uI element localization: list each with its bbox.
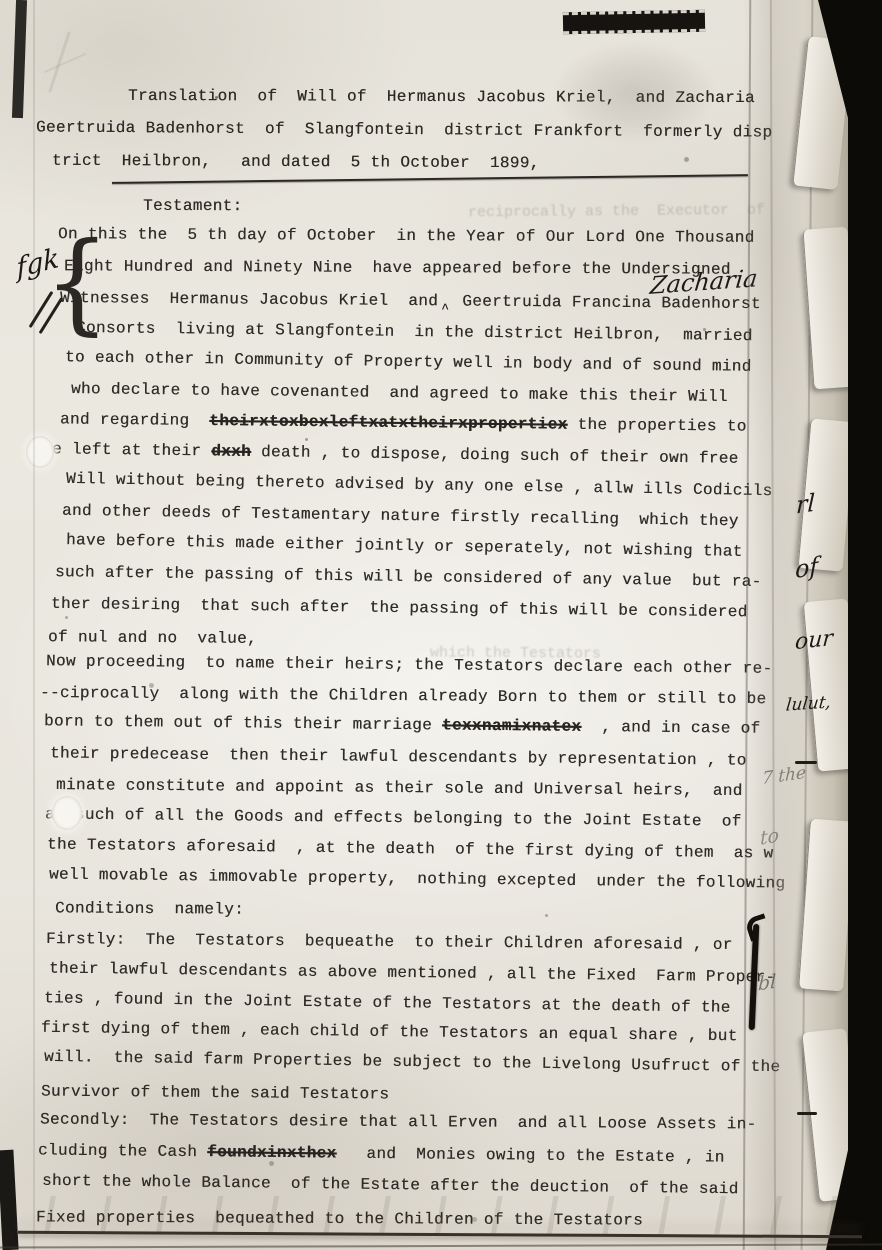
- black-backdrop-corner: [818, 0, 848, 118]
- paper-hole: [52, 796, 82, 830]
- typed-line: minate constitute and appoint as their s…: [56, 776, 743, 800]
- typed-line: Secondly: The Testators desire that all …: [40, 1110, 757, 1133]
- typed-line: ther desiring that such after the passin…: [51, 595, 748, 622]
- black-backdrop: [848, 0, 882, 1250]
- typed-line: --ciprocally along with the Children alr…: [40, 684, 767, 708]
- fold-crease: [33, 0, 35, 1250]
- typed-line: and regarding theirxtoxbexleftxatxtheirx…: [60, 410, 747, 435]
- margin-dash-mark: [795, 761, 817, 764]
- scanned-will-page: Translation of Will of Hermanus Jacobus …: [0, 0, 882, 1250]
- scan-edge: [12, 0, 27, 118]
- typed-line: first dying of them , each child of the …: [41, 1019, 738, 1046]
- margin-handwriting: bl: [758, 971, 777, 996]
- stamp-edge-strip: [563, 10, 705, 34]
- margin-handwriting: our: [794, 626, 834, 655]
- section-heading: Testament:: [143, 197, 243, 215]
- typed-line: will. the said farm Properties be subjec…: [44, 1048, 781, 1076]
- typed-line: their predecease then their lawful desce…: [50, 744, 747, 769]
- struck-out-text: dxxh: [211, 442, 251, 461]
- ink-specks: [215, 96, 218, 99]
- typed-line: Now proceeding to name their heirs; the …: [46, 652, 773, 678]
- bleed-through-text: which the Testators: [430, 644, 601, 662]
- margin-handwriting: lulut,: [785, 692, 832, 715]
- bleed-through-text: reciprocally as the Executor of: [468, 202, 765, 222]
- typed-line: On this the 5 th day of October in the Y…: [58, 225, 755, 247]
- faded-stamp: [554, 42, 716, 144]
- typed-line: of nul and no value,: [48, 628, 257, 648]
- typed-line: the Testators aforesaid , at the death o…: [47, 836, 774, 863]
- pencil-scribble: [44, 53, 87, 74]
- struck-out-text: theirxtoxbexleftxatxtheirxpropertiex: [209, 412, 567, 434]
- typed-line: born to them out of this their marriage …: [44, 712, 761, 738]
- typed-line: Consorts living at Slangfontein in the d…: [76, 319, 753, 345]
- typed-line: their lawful descendants as above mentio…: [49, 960, 776, 987]
- margin-dash-mark: [797, 1112, 817, 1115]
- margin-handwriting: rl: [796, 488, 816, 519]
- typed-line: short the whole Balance of the Estate af…: [42, 1172, 739, 1199]
- caret-insertion-mark: ^: [441, 301, 449, 316]
- struck-out-text: foundxinxthex: [207, 1143, 337, 1162]
- typed-line: have before this made either jointly or …: [66, 531, 743, 561]
- typed-line: Conditions namely:: [55, 899, 244, 918]
- typed-line: to each other in Community of Property w…: [65, 348, 752, 376]
- typed-line: ties , found in the Joint Estate of the …: [44, 989, 731, 1017]
- margin-handwriting: to: [760, 824, 779, 850]
- paper-wrinkles: [0, 1196, 860, 1234]
- title-line: trict Heilbron, and dated 5 th October 1…: [52, 152, 540, 173]
- typed-line: Firstly: The Testators bequeathe to thei…: [46, 930, 733, 954]
- typed-line: and other deeds of Testamentary nature f…: [62, 502, 739, 531]
- typed-line: Survivor of them the said Testators: [41, 1082, 389, 1103]
- typed-line: well movable as immovable property, noth…: [49, 866, 786, 893]
- typed-line: Eight Hundred and Ninety Nine have appea…: [64, 257, 731, 278]
- typed-line: cluding the Cash foundxinxthex and Monie…: [38, 1141, 725, 1166]
- typed-line: Will without being thereto advised by an…: [66, 470, 773, 500]
- typed-line: e left at their dxxh death , to dispose,…: [52, 440, 739, 468]
- paper-hole: [26, 436, 54, 468]
- underline-rule: [112, 174, 748, 184]
- typed-line: such after the passing of this will be c…: [55, 563, 762, 591]
- typed-line: who declare to have covenanted and agree…: [71, 380, 728, 406]
- margin-handwriting: of: [795, 552, 818, 584]
- typed-line: as such of all the Goods and effects bel…: [45, 805, 742, 830]
- struck-out-text: texxnamixnatex: [442, 716, 582, 735]
